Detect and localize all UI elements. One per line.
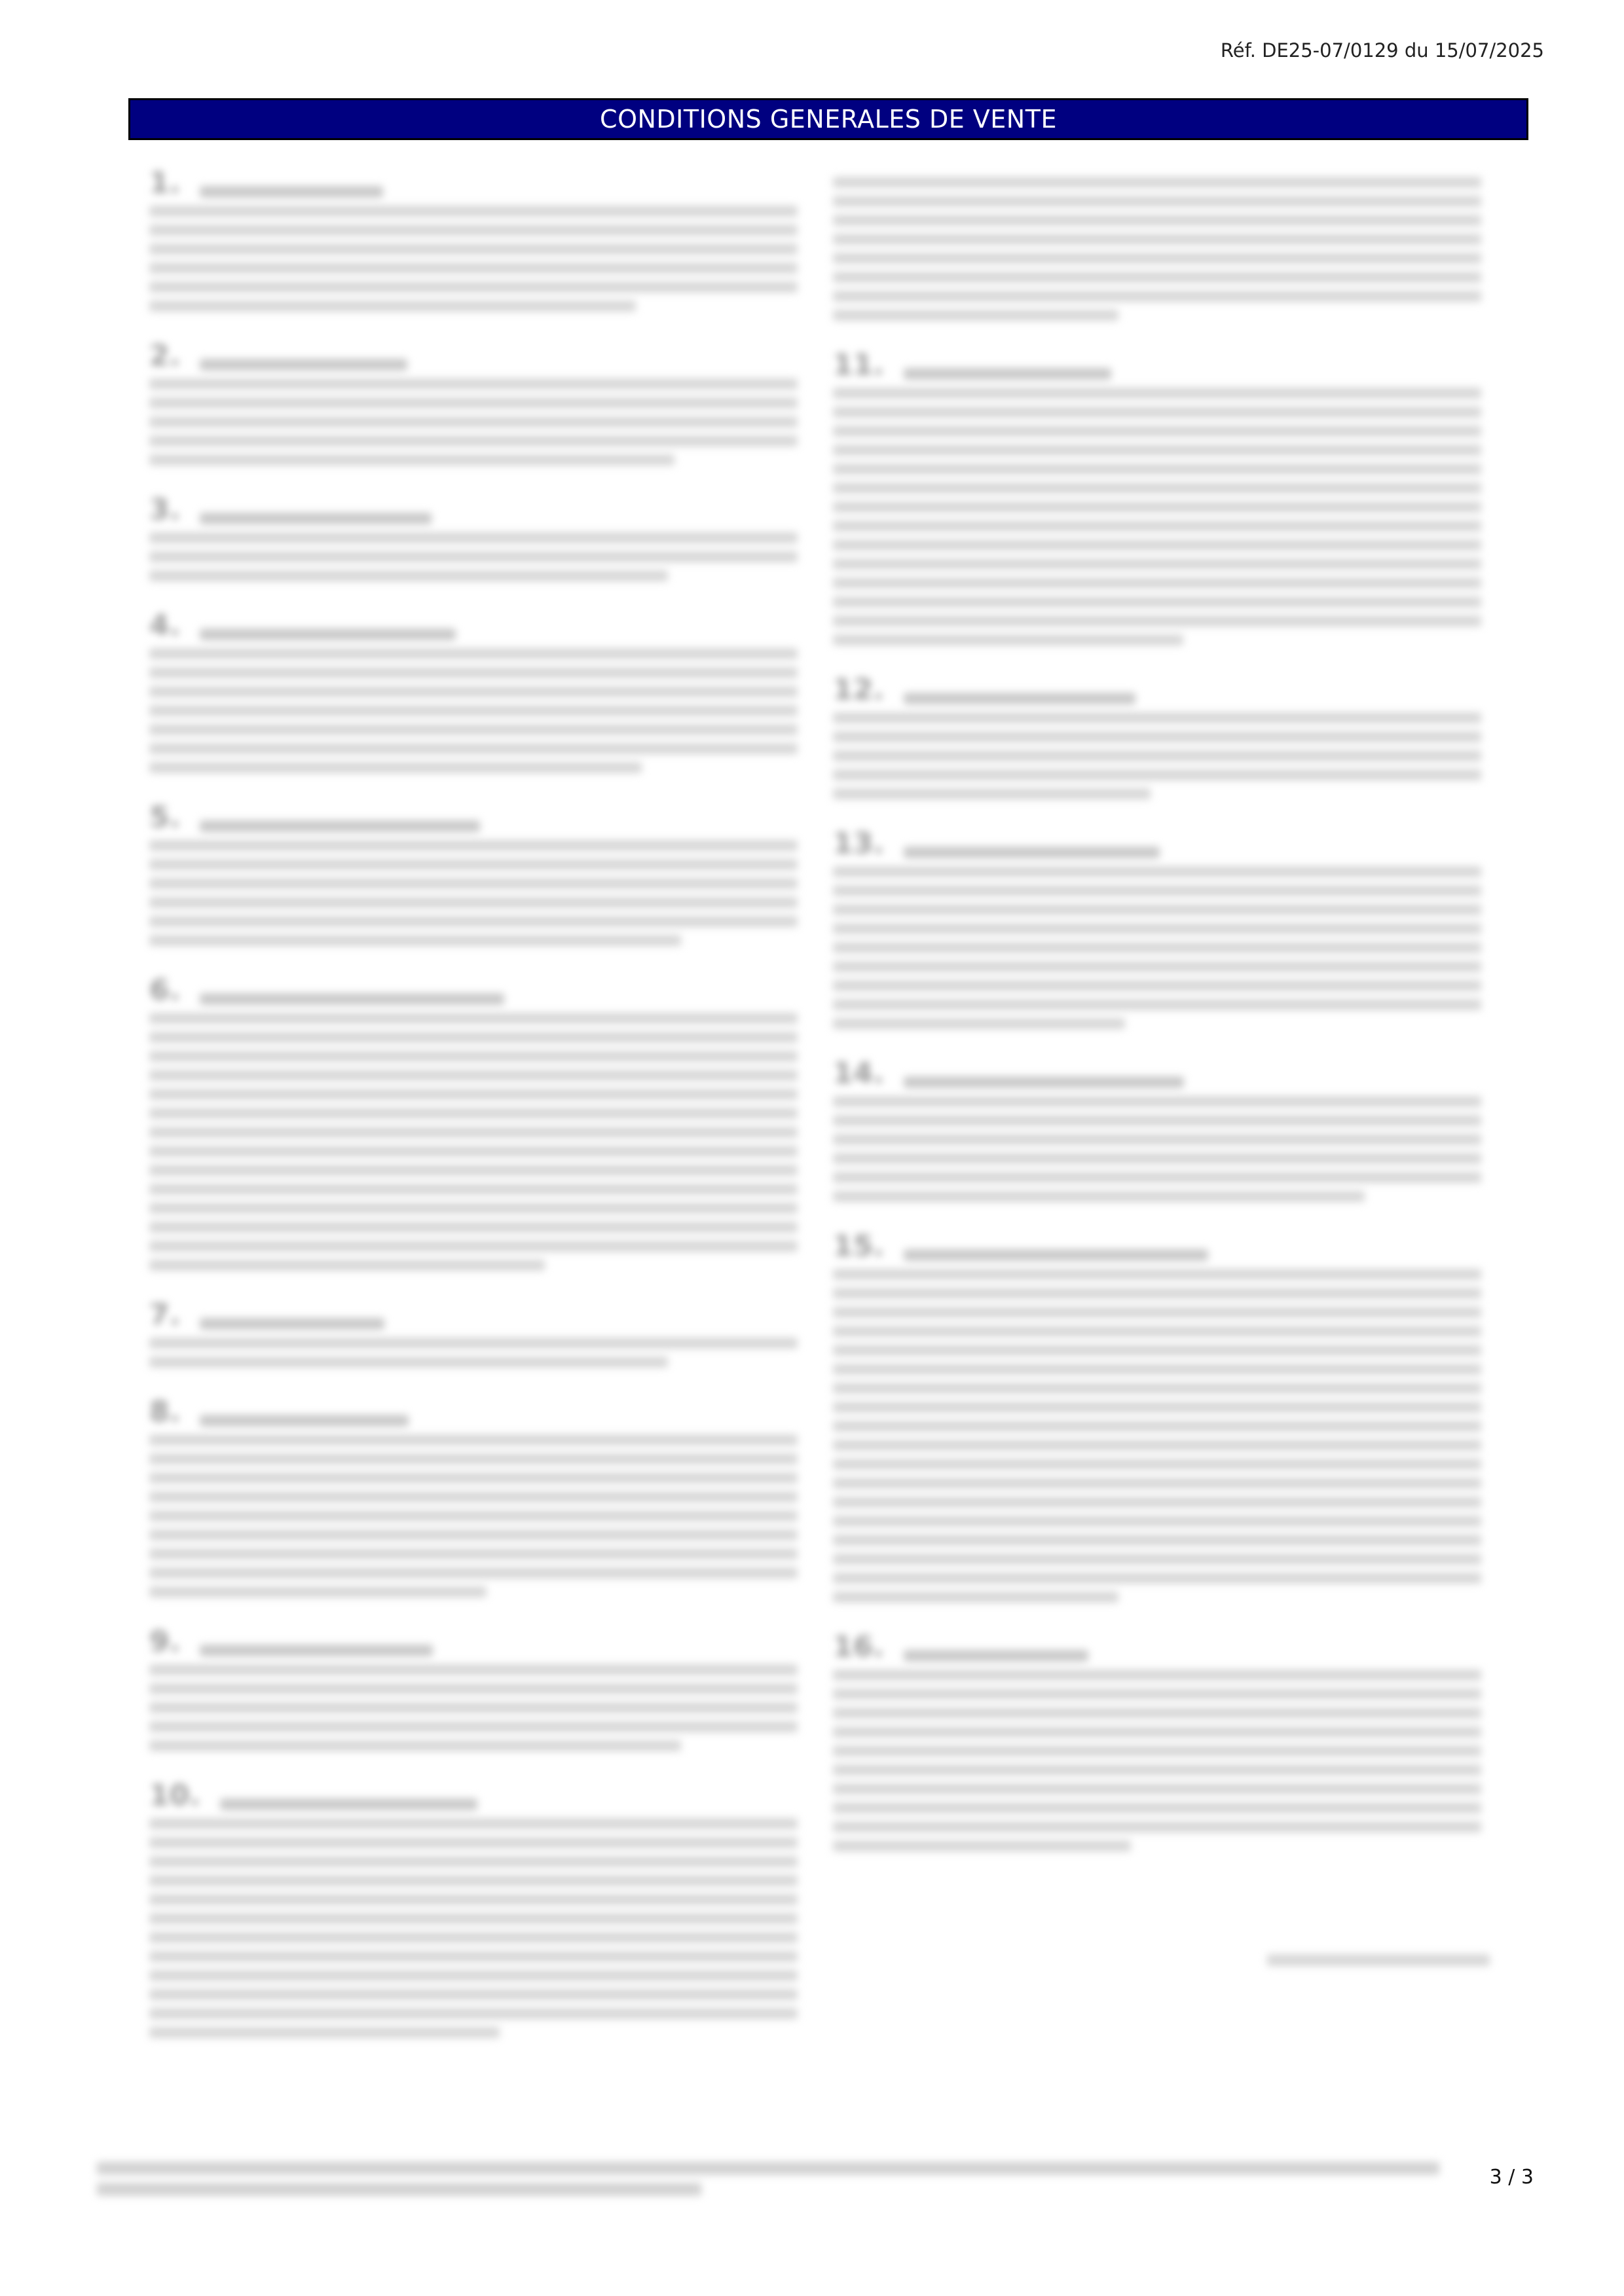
section-number: 13.	[833, 829, 884, 858]
section-heading: 2.	[149, 342, 798, 371]
section-number: 4.	[149, 611, 180, 640]
text-line	[149, 1837, 798, 1848]
text-line	[833, 558, 1481, 570]
text-line	[833, 904, 1481, 915]
left-column: 1.2.3.4.5.6.7.8.9.10.	[149, 169, 798, 2068]
section-number: 5.	[149, 803, 180, 832]
text-line	[833, 1783, 1481, 1795]
text-line	[833, 712, 1481, 723]
section-heading: 1.	[149, 169, 798, 198]
text-line	[833, 1535, 1481, 1546]
text-line	[149, 1127, 798, 1138]
section-number: 6.	[149, 976, 180, 1005]
text-line	[833, 788, 1151, 799]
text-line	[149, 724, 798, 735]
cgv-section	[833, 177, 1481, 321]
section-title	[904, 1650, 1088, 1662]
text-line	[833, 1440, 1481, 1451]
text-line	[149, 1338, 798, 1349]
text-line	[149, 1472, 798, 1484]
section-number: 12.	[833, 676, 884, 704]
text-line	[149, 686, 798, 697]
text-line	[149, 1702, 798, 1713]
text-line	[149, 897, 798, 908]
text-line	[833, 1707, 1481, 1719]
text-line	[833, 1096, 1481, 1107]
section-heading: 9.	[149, 1628, 798, 1656]
section-number: 7.	[149, 1301, 180, 1330]
text-line	[149, 648, 798, 659]
text-line	[833, 177, 1481, 188]
section-title	[220, 1798, 477, 1810]
section-title	[200, 993, 504, 1005]
text-line	[833, 1307, 1481, 1318]
section-heading: 11.	[833, 351, 1481, 380]
text-line	[149, 1894, 798, 1905]
text-line	[149, 551, 798, 562]
text-line	[833, 1326, 1481, 1337]
text-line	[149, 225, 798, 236]
text-line	[149, 1818, 798, 1829]
text-line	[149, 1529, 798, 1540]
text-line	[833, 310, 1118, 321]
section-heading: 12.	[833, 676, 1481, 704]
text-line	[833, 1745, 1481, 1757]
text-line	[833, 215, 1481, 226]
text-line	[149, 416, 798, 428]
section-heading: 5.	[149, 803, 798, 832]
text-line	[149, 1491, 798, 1503]
section-title	[200, 1318, 384, 1330]
section-title	[200, 513, 432, 524]
text-line	[149, 1241, 798, 1252]
text-line	[149, 397, 798, 409]
section-heading: 13.	[833, 829, 1481, 858]
text-line	[833, 1421, 1481, 1432]
text-line	[149, 2027, 500, 2038]
section-number: 1.	[149, 169, 180, 198]
document-title: CONDITIONS GENERALES DE VENTE	[600, 105, 1057, 134]
text-line	[833, 1726, 1481, 1738]
section-title	[200, 1645, 433, 1656]
text-line	[149, 435, 798, 446]
text-line	[833, 520, 1481, 532]
text-line	[833, 1383, 1481, 1394]
section-heading: 14.	[833, 1059, 1481, 1088]
section-number: 14.	[833, 1059, 884, 1088]
text-line	[833, 291, 1481, 302]
text-line	[833, 866, 1481, 877]
text-line	[149, 1740, 681, 1751]
text-line	[149, 1586, 487, 1597]
section-heading: 16.	[833, 1633, 1481, 1662]
cgv-section: 2.	[149, 342, 798, 465]
section-title	[904, 847, 1160, 858]
text-line	[149, 1357, 668, 1368]
text-line	[149, 1875, 798, 1886]
text-line	[833, 426, 1481, 437]
text-line	[833, 1497, 1481, 1508]
section-heading: 15.	[833, 1232, 1481, 1261]
text-line	[833, 1153, 1481, 1164]
text-line	[833, 272, 1481, 283]
text-line	[833, 596, 1481, 608]
text-line	[149, 1203, 798, 1214]
text-line	[833, 1764, 1481, 1776]
text-line	[149, 859, 798, 870]
text-line	[833, 615, 1481, 627]
text-line	[833, 1821, 1481, 1832]
text-line	[833, 885, 1481, 896]
text-line	[149, 301, 636, 312]
text-line	[149, 878, 798, 889]
text-line	[833, 407, 1481, 418]
section-heading: 10.	[149, 1781, 798, 1810]
reference-line: Réf. DE25-07/0129 du 15/07/2025	[1221, 39, 1544, 62]
section-title	[200, 820, 480, 832]
text-line	[149, 454, 674, 465]
text-line	[833, 961, 1481, 972]
section-title	[200, 629, 456, 640]
text-line	[149, 840, 798, 851]
text-line	[149, 1260, 545, 1271]
section-title	[904, 368, 1111, 380]
text-line	[833, 1669, 1481, 1681]
text-line	[833, 923, 1481, 934]
text-line	[833, 1592, 1118, 1603]
section-title	[200, 359, 407, 371]
text-line	[149, 935, 681, 946]
text-line	[149, 1108, 798, 1119]
text-line	[833, 634, 1183, 646]
section-number: 16.	[833, 1633, 884, 1662]
text-line	[833, 234, 1481, 245]
text-line	[833, 1172, 1481, 1183]
text-line	[149, 570, 668, 581]
text-line	[833, 501, 1481, 513]
cgv-section: 14.	[833, 1059, 1481, 1202]
text-line	[149, 1721, 798, 1732]
text-line	[833, 1269, 1481, 1280]
text-line	[149, 1222, 798, 1233]
section-title	[904, 1076, 1184, 1088]
text-line	[833, 1191, 1365, 1202]
text-line	[833, 1573, 1481, 1584]
text-line	[833, 769, 1481, 780]
cgv-section: 6.	[149, 976, 798, 1271]
text-line	[149, 667, 798, 678]
text-line	[149, 1032, 798, 1043]
text-line	[149, 705, 798, 716]
section-heading: 8.	[149, 1398, 798, 1427]
section-number: 3.	[149, 496, 180, 524]
text-line	[833, 1802, 1481, 1813]
text-line	[833, 577, 1481, 589]
text-line	[833, 1018, 1125, 1029]
text-line	[833, 539, 1481, 551]
right-column: 11.12.13.14.15.16.	[833, 169, 1481, 1882]
text-line	[833, 980, 1481, 991]
cgv-section: 12.	[833, 676, 1481, 799]
text-line	[149, 916, 798, 927]
section-number: 2.	[149, 342, 180, 371]
text-line	[149, 1951, 798, 1962]
text-line	[149, 244, 798, 255]
text-line	[149, 762, 642, 773]
section-number: 15.	[833, 1232, 884, 1261]
section-title	[904, 693, 1135, 704]
text-line	[149, 378, 798, 390]
text-line	[149, 1989, 798, 2000]
cgv-section: 15.	[833, 1232, 1481, 1603]
text-line	[833, 464, 1481, 475]
text-line	[149, 1184, 798, 1195]
title-banner: CONDITIONS GENERALES DE VENTE	[128, 98, 1528, 140]
text-line	[149, 1453, 798, 1465]
text-line	[833, 1554, 1481, 1565]
cgv-section: 3.	[149, 496, 798, 581]
text-line	[833, 1288, 1481, 1299]
text-line	[833, 1459, 1481, 1470]
text-line	[149, 282, 798, 293]
text-line	[833, 942, 1481, 953]
text-line	[149, 1856, 798, 1867]
cgv-section: 4.	[149, 611, 798, 773]
text-line	[149, 1146, 798, 1157]
section-heading: 7.	[149, 1301, 798, 1330]
text-line	[833, 1516, 1481, 1527]
cgv-section: 16.	[833, 1633, 1481, 1851]
section-number: 11.	[833, 351, 884, 380]
cgv-section: 1.	[149, 169, 798, 312]
cgv-section: 5.	[149, 803, 798, 946]
text-line	[833, 1402, 1481, 1413]
cgv-section: 11.	[833, 351, 1481, 646]
text-line	[833, 388, 1481, 399]
section-heading: 3.	[149, 496, 798, 524]
company-footer	[97, 2154, 1439, 2204]
text-line	[149, 1434, 798, 1446]
text-line	[149, 1510, 798, 1522]
text-line	[833, 1688, 1481, 1700]
section-title	[200, 186, 383, 198]
section-number: 8.	[149, 1398, 180, 1427]
text-line	[149, 743, 798, 754]
cgv-section: 10.	[149, 1781, 798, 2038]
section-title	[200, 1415, 409, 1427]
cgv-section: 7.	[149, 1301, 798, 1368]
text-line	[149, 263, 798, 274]
text-line	[833, 1134, 1481, 1145]
text-line	[149, 2008, 798, 2019]
cgv-section: 8.	[149, 1398, 798, 1597]
text-line	[833, 253, 1481, 264]
text-line	[833, 1364, 1481, 1375]
text-line	[149, 1664, 798, 1675]
text-line	[833, 731, 1481, 742]
text-line	[149, 1932, 798, 1943]
text-line	[149, 1013, 798, 1024]
text-line	[149, 1548, 798, 1559]
signature-line	[1267, 1954, 1490, 1966]
section-heading: 6.	[149, 976, 798, 1005]
text-line	[833, 999, 1481, 1010]
text-line	[149, 1089, 798, 1100]
text-line	[833, 1478, 1481, 1489]
text-line	[833, 1115, 1481, 1126]
section-heading: 4.	[149, 611, 798, 640]
text-line	[149, 1913, 798, 1924]
text-line	[149, 1165, 798, 1176]
text-line	[149, 1970, 798, 1981]
text-line	[149, 1051, 798, 1062]
text-line	[149, 1070, 798, 1081]
text-line	[833, 1345, 1481, 1356]
cgv-section: 13.	[833, 829, 1481, 1029]
section-number: 10.	[149, 1781, 200, 1810]
text-line	[149, 1683, 798, 1694]
page-number: 3 / 3	[1490, 2166, 1534, 2189]
text-line	[833, 1840, 1131, 1851]
text-line	[833, 750, 1481, 761]
cgv-section: 9.	[149, 1628, 798, 1751]
section-title	[904, 1249, 1208, 1261]
text-line	[833, 196, 1481, 207]
text-line	[833, 483, 1481, 494]
text-line	[833, 445, 1481, 456]
text-line	[149, 532, 798, 543]
text-line	[149, 1567, 798, 1578]
text-line	[149, 206, 798, 217]
section-number: 9.	[149, 1628, 180, 1656]
